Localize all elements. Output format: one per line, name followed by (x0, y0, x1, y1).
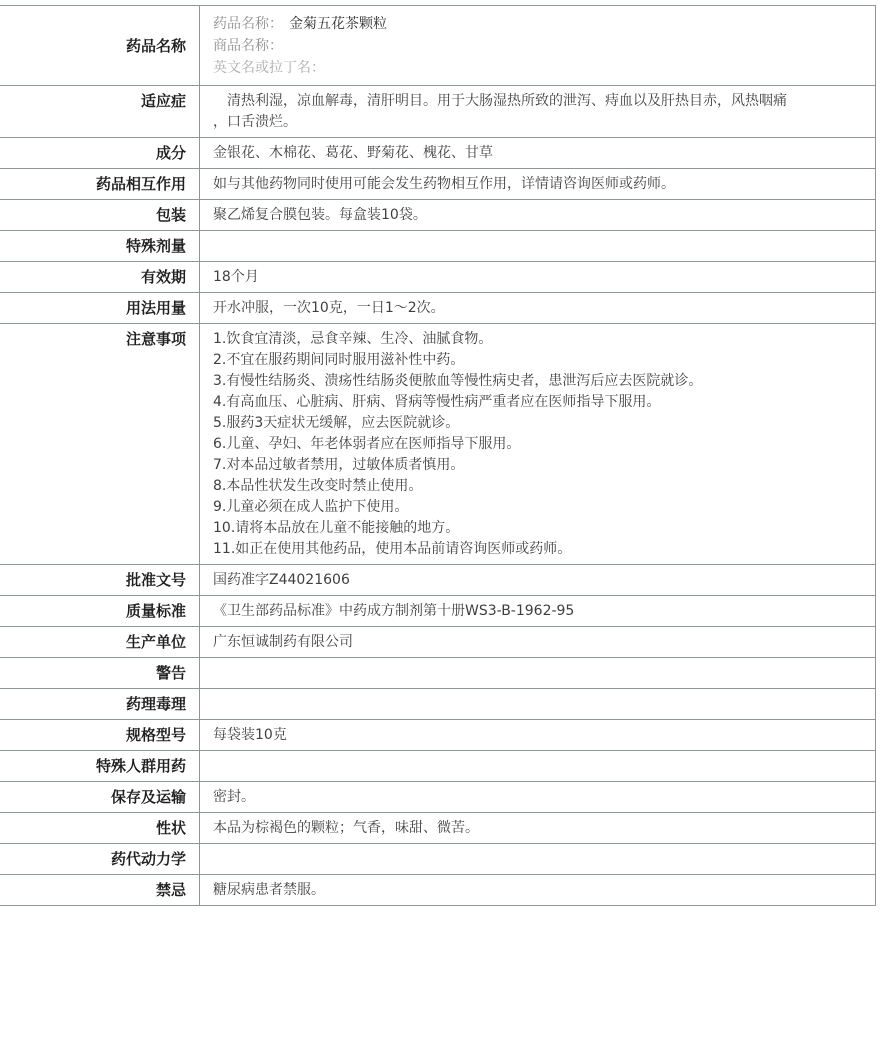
row-label: 性状 (0, 813, 200, 843)
row-value: 每袋装10克 (200, 720, 875, 750)
row-label: 成分 (0, 138, 200, 168)
row-value: 《卫生部药品标准》中药成方制剂第十册WS3-B-1962-95 (200, 596, 875, 626)
row-label: 包装 (0, 200, 200, 230)
row-value (200, 844, 875, 874)
trade-name-line: 商品名称： (213, 35, 865, 57)
drug-info-table: 药品名称 药品名称：金菊五花茶颗粒 商品名称： 英文名或拉丁名： 适应症 清热利… (0, 5, 876, 906)
row-label: 质量标准 (0, 596, 200, 626)
row-value: 18个月 (200, 262, 875, 292)
row-value: 糖尿病患者禁服。 (200, 875, 875, 905)
drug-name-line: 药品名称：金菊五花茶颗粒 (213, 13, 865, 35)
table-row: 用法用量 开水冲服，一次10克，一日1～2次。 (0, 293, 875, 324)
row-value: 密封。 (200, 782, 875, 812)
row-value (200, 658, 875, 688)
row-value: 聚乙烯复合膜包装。每盒装10袋。 (200, 200, 875, 230)
table-row-drug-name: 药品名称 药品名称：金菊五花茶颗粒 商品名称： 英文名或拉丁名： (0, 6, 875, 86)
row-value: 国药准字Z44021606 (200, 565, 875, 595)
drug-name-value: 金菊五花茶颗粒 (289, 16, 387, 32)
table-row: 成分 金银花、木棉花、葛花、野菊花、槐花、甘草 (0, 138, 875, 169)
row-value: 清热利湿，凉血解毒，清肝明目。用于大肠湿热所致的泄泻、痔血以及肝热目赤，风热咽痛… (200, 86, 875, 137)
table-row: 特殊剂量 (0, 231, 875, 262)
table-row: 注意事项 1.饮食宜清淡，忌食辛辣、生冷、油腻食物。 2.不宜在服药期间同时服用… (0, 324, 875, 565)
table-row: 性状 本品为棕褐色的颗粒；气香，味甜、微苦。 (0, 813, 875, 844)
table-row: 警告 (0, 658, 875, 689)
row-value: 广东恒诚制药有限公司 (200, 627, 875, 657)
row-value (200, 231, 875, 261)
row-label: 药代动力学 (0, 844, 200, 874)
table-row: 质量标准 《卫生部药品标准》中药成方制剂第十册WS3-B-1962-95 (0, 596, 875, 627)
trade-name-key: 商品名称： (213, 38, 283, 54)
row-label: 特殊人群用药 (0, 751, 200, 781)
row-label: 药理毒理 (0, 689, 200, 719)
table-row: 生产单位 广东恒诚制药有限公司 (0, 627, 875, 658)
table-row: 药理毒理 (0, 689, 875, 720)
english-name-key: 英文名或拉丁名： (213, 60, 325, 76)
english-name-line: 英文名或拉丁名： (213, 57, 865, 79)
table-row: 批准文号 国药准字Z44021606 (0, 565, 875, 596)
row-label: 规格型号 (0, 720, 200, 750)
table-row: 药代动力学 (0, 844, 875, 875)
row-value: 如与其他药物同时使用可能会发生药物相互作用，详情请咨询医师或药师。 (200, 169, 875, 199)
row-label: 药品相互作用 (0, 169, 200, 199)
table-row: 特殊人群用药 (0, 751, 875, 782)
row-label: 保存及运输 (0, 782, 200, 812)
row-value: 药品名称：金菊五花茶颗粒 商品名称： 英文名或拉丁名： (200, 6, 875, 85)
row-label: 用法用量 (0, 293, 200, 323)
row-value: 1.饮食宜清淡，忌食辛辣、生冷、油腻食物。 2.不宜在服药期间同时服用滋补性中药… (200, 324, 875, 564)
drug-name-key: 药品名称： (213, 16, 283, 32)
row-label: 药品名称 (0, 6, 200, 85)
table-row: 禁忌 糖尿病患者禁服。 (0, 875, 875, 906)
table-row: 适应症 清热利湿，凉血解毒，清肝明目。用于大肠湿热所致的泄泻、痔血以及肝热目赤，… (0, 86, 875, 138)
row-value (200, 689, 875, 719)
row-label: 有效期 (0, 262, 200, 292)
row-label: 注意事项 (0, 324, 200, 564)
row-value: 开水冲服，一次10克，一日1～2次。 (200, 293, 875, 323)
table-row: 规格型号 每袋装10克 (0, 720, 875, 751)
table-row: 保存及运输 密封。 (0, 782, 875, 813)
row-label: 生产单位 (0, 627, 200, 657)
row-label: 警告 (0, 658, 200, 688)
table-rows: 适应症 清热利湿，凉血解毒，清肝明目。用于大肠湿热所致的泄泻、痔血以及肝热目赤，… (0, 86, 875, 906)
table-row: 药品相互作用 如与其他药物同时使用可能会发生药物相互作用，详情请咨询医师或药师。 (0, 169, 875, 200)
row-label: 批准文号 (0, 565, 200, 595)
row-value (200, 751, 875, 781)
row-label: 适应症 (0, 86, 200, 137)
table-row: 有效期 18个月 (0, 262, 875, 293)
table-row: 包装 聚乙烯复合膜包装。每盒装10袋。 (0, 200, 875, 231)
row-value: 金银花、木棉花、葛花、野菊花、槐花、甘草 (200, 138, 875, 168)
row-label: 特殊剂量 (0, 231, 200, 261)
row-label: 禁忌 (0, 875, 200, 905)
row-value: 本品为棕褐色的颗粒；气香，味甜、微苦。 (200, 813, 875, 843)
